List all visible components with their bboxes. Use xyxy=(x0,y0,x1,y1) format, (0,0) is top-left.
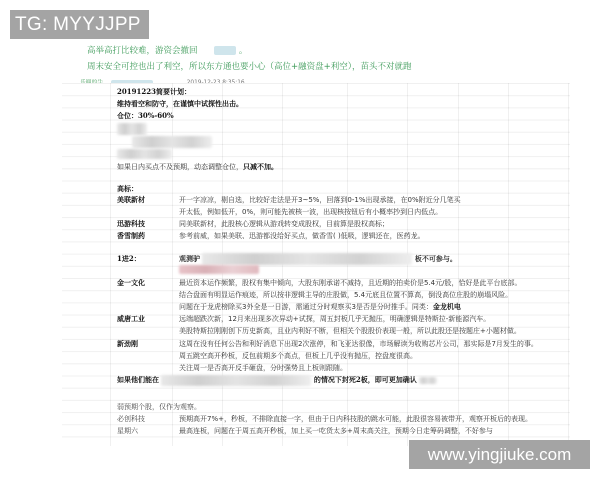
redacted-block xyxy=(202,253,412,265)
plan-position: 仓位：30%-60% xyxy=(117,110,174,122)
redacted-block xyxy=(117,123,147,135)
redacted-block xyxy=(161,375,311,386)
redacted-chip xyxy=(214,46,236,55)
stock-note: 参考前威，如果美联、迅游都没给好买点，做香雪( )低吸，逻辑还在，医药龙。 xyxy=(179,230,425,242)
stock-note: 美股特斯拉刚刚创下历史新高，且业内利好不断，但相关个股股价表现一般，所以此股还是… xyxy=(179,325,521,337)
stock-name: 香雪制药 xyxy=(117,230,145,242)
stock-note: 同美联新材，此股核心逻辑从游戏转变成股权，目前算是股权高标； xyxy=(179,218,389,230)
stock-note: 远端超跌次新，12月来出现多次异动+试探，周五封板几乎无抛压，明确逻辑是特斯拉-… xyxy=(179,313,490,325)
plan-adjust: 如果日内买点不及预期，动态调整仓位，只减不加。 xyxy=(117,161,278,173)
confirm-line: 如果他们能在 的情况下封死2板，即可更加确认 xyxy=(117,374,437,386)
stock-note: 周五跳空高开秒板，反包前期多个高点，但板上几乎没有抛压，控盘度很高。 xyxy=(179,350,417,362)
stock-name: 星期六 xyxy=(117,425,138,437)
stock-note: 这周在没有任何公告和利好消息下出现2次涨停，和飞亚达很像，市场解读为收购芯片公司… xyxy=(179,338,538,350)
adjust-text: 如果日内买点不及预期，动态调整仓位， xyxy=(117,163,243,171)
stock-note: 最高连板，问题在于周五高开秒板，加上买一吃货太多+周末高关注，预期今日走筹码调整… xyxy=(179,425,493,437)
stock-note: 结合盘面有明显运作痕迹，所以按非逻辑主导的庄股做，5.4元底且位置不算高，倒没高… xyxy=(179,289,512,301)
chat-text-end: 。 xyxy=(239,46,248,56)
spreadsheet-image: 20191223简要计划： 维持看空和防守，在谨慎中试探性出击。 仓位：30%-… xyxy=(62,83,570,446)
redacted-block xyxy=(419,377,437,384)
chat-text: 高举高打比较难，游资会撤回 xyxy=(87,46,198,56)
stock-name: 必创科技 xyxy=(117,413,145,425)
confirm-prefix: 如果他们能在 xyxy=(117,375,159,384)
stock-name: 金一文化 xyxy=(117,277,145,289)
advance-suffix: 板不可参与。 xyxy=(415,255,457,263)
plan-strategy: 维持看空和防守，在谨慎中试探性出击。 xyxy=(117,98,243,110)
redacted-block xyxy=(132,136,212,148)
stock-name: 美联新材 xyxy=(117,194,145,206)
redacted-block xyxy=(179,265,259,274)
watermark-telegram: TG: MYYJJPP xyxy=(10,10,149,39)
stock-note: 最近资本运作频繁，股权有集中倾向，大股东刚承诺不减持，且近期的拍卖价是5.4元/… xyxy=(179,277,522,289)
plan-title: 20191223简要计划： xyxy=(117,86,191,98)
section-advance-label: 1进2： xyxy=(117,253,141,265)
advance-prefix: 观测驴 xyxy=(179,255,200,263)
adjust-emphasis: 只减不加。 xyxy=(243,163,278,171)
stock-note: 关注周一是否高开反手砸盘，分时强势且上板则跟随。 xyxy=(179,362,347,374)
chat-message-line-2: 周末安全可控也出了利空，所以东方通也要小心（高位+融资盘+利空），苗头不对就跑 xyxy=(87,60,412,72)
stock-note: 问题在于龙虎榜除买3外全是一日游，需通过分时观察买3是否是分时推手。同类：金龙机… xyxy=(179,301,461,313)
stock-note: 开一字凉凉，剔自选，比较好走法是开3~5%，回落到0-1%出现承接，在0%附近分… xyxy=(179,194,461,206)
stock-note: 开太低，例如低开，0%，则可能先被核一波，出现核按钮后有小概率抄到日内低点。 xyxy=(179,206,442,218)
advance-text: 观测驴 板不可参与。 xyxy=(179,253,457,265)
stock-name: 迅游科技 xyxy=(117,218,145,230)
related-stock: 金龙机电 xyxy=(433,303,461,311)
chat-message-line-1: 高举高打比较难，游资会撤回 。 xyxy=(87,44,247,56)
stock-name: 新劲刚 xyxy=(117,338,138,350)
watermark-website: www.yingjiuke.com xyxy=(409,440,590,469)
note-text: 问题在于龙虎榜除买3外全是一日游，需通过分时观察买3是否是分时推手。同类： xyxy=(179,303,433,311)
confirm-suffix: 的情况下封死2板，即可更加确认 xyxy=(314,375,417,384)
redacted-block xyxy=(117,149,172,159)
section-weak-label: 弱预期个股，仅作为观察。 xyxy=(117,401,201,413)
stock-name: 威唐工业 xyxy=(117,313,145,325)
stock-note: 预期高开7%+，秒板，不排除直接一字，但由于日内科技股的跳水可能，此股很容易被带… xyxy=(179,413,532,425)
